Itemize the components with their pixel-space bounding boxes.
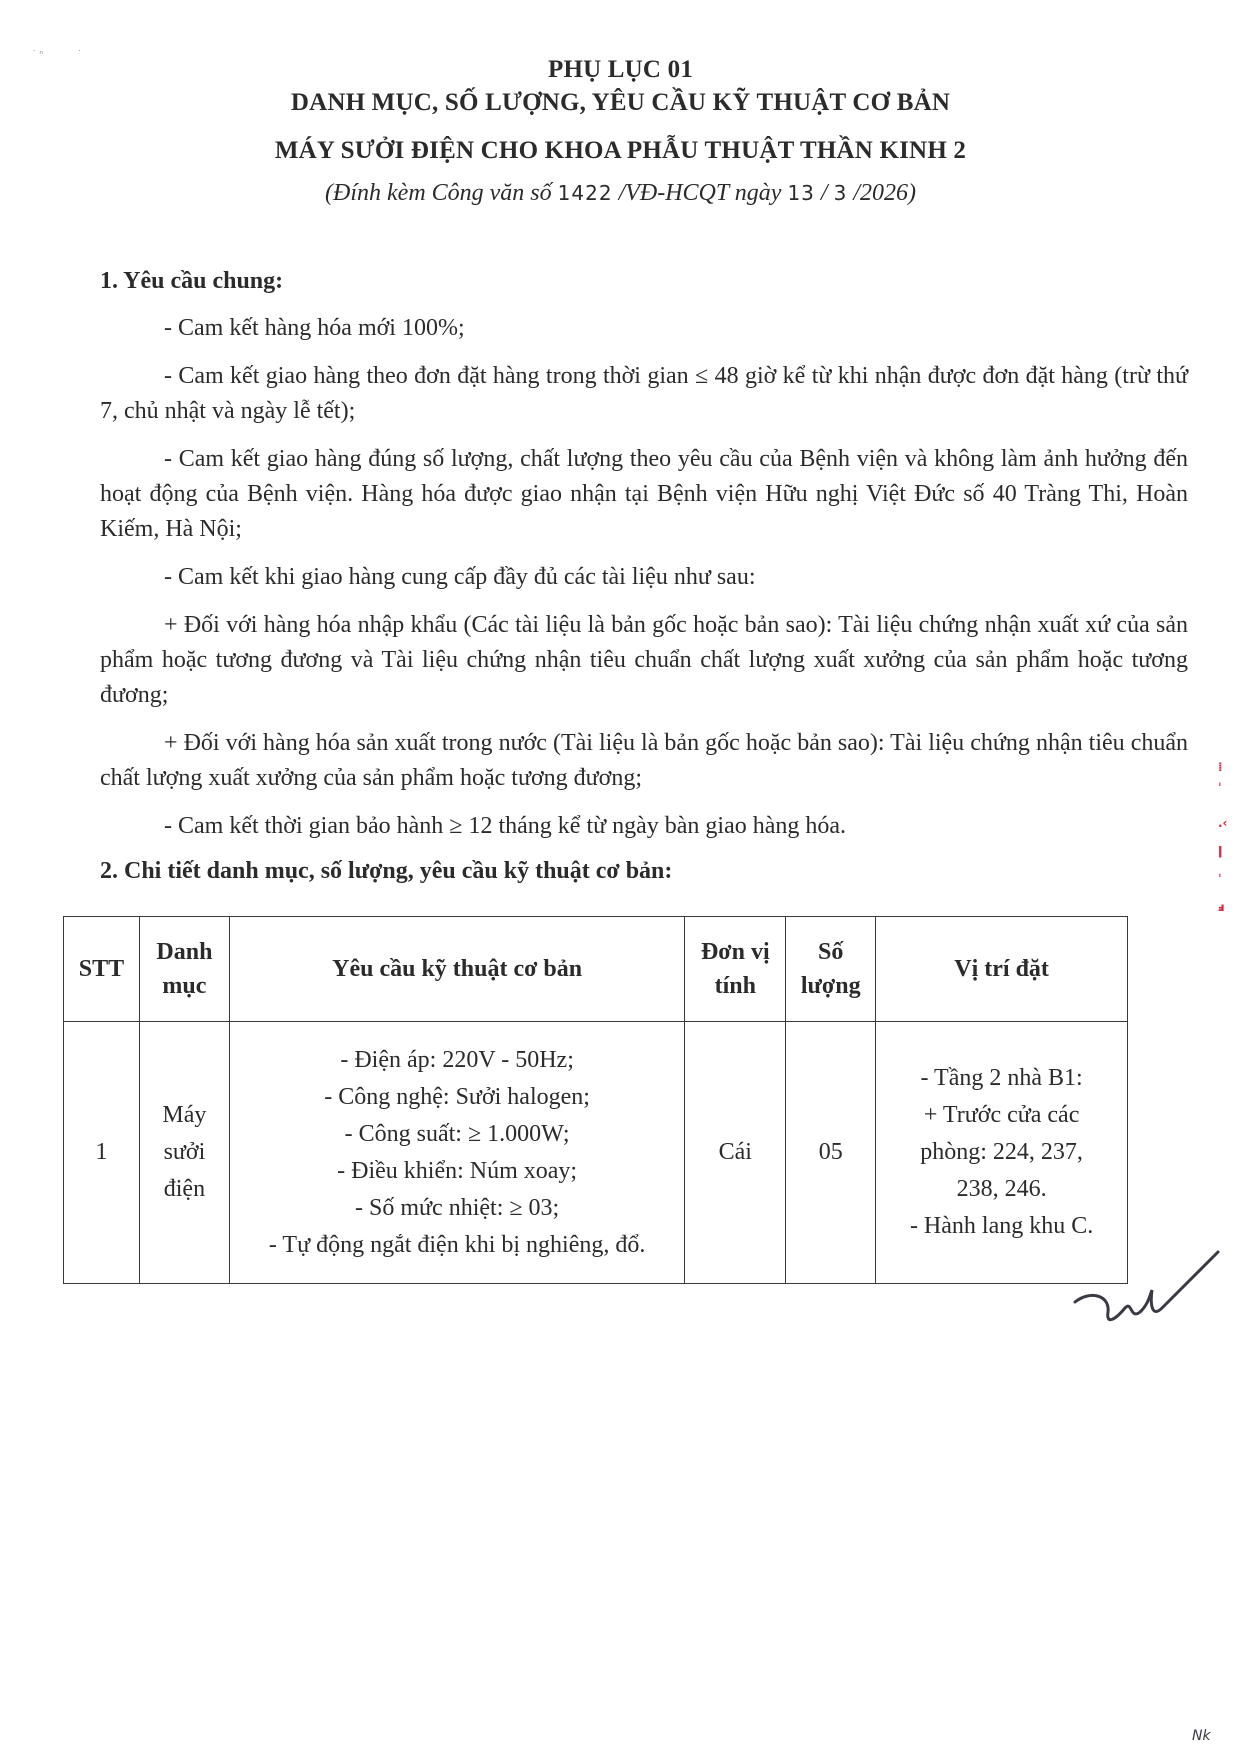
requirement-paragraph: - Cam kết thời gian bảo hành ≥ 12 tháng … [100, 809, 1188, 844]
location-line: - Tầng 2 nhà B1: [886, 1060, 1117, 1097]
requirement-paragraph: + Đối với hàng hóa sản xuất trong nước (… [100, 726, 1188, 796]
cell-unit: Cái [685, 1022, 786, 1284]
item-line: điện [141, 1171, 228, 1208]
requirement-paragraph: - Cam kết giao hàng theo đơn đặt hàng tr… [100, 359, 1188, 429]
col-header-location: Vị trí đặt [876, 917, 1128, 1022]
requirement-paragraph: - Cam kết giao hàng đúng số lượng, chất … [100, 442, 1188, 547]
requirement-paragraph: - Cam kết khi giao hàng cung cấp đầy đủ … [100, 560, 1188, 595]
location-line: + Trước cửa các [886, 1097, 1117, 1134]
cell-requirements: - Điện áp: 220V - 50Hz; - Công nghệ: Sưở… [229, 1022, 684, 1284]
section-2-heading: 2. Chi tiết danh mục, số lượng, yêu cầu … [100, 854, 1188, 889]
requirement-line: - Công suất: ≥ 1.000W; [238, 1116, 676, 1153]
table-header-row: STT Danhmục Yêu cầu kỹ thuật cơ bản Đơn … [64, 917, 1128, 1022]
location-line: 238, 246. [886, 1171, 1117, 1208]
footer-initials: Nk [1192, 1728, 1211, 1744]
table-row: 1 Máy sưởi điện - Điện áp: 220V - 50Hz; … [64, 1022, 1128, 1284]
handwritten-doc-number: 1422 [558, 181, 613, 205]
requirement-line: - Điều khiển: Núm xoay; [238, 1153, 676, 1190]
col-header-stt: STT [64, 917, 140, 1022]
col-header-unit-l1: Đơn vị [701, 939, 770, 965]
appendix-number: PHỤ LỤC 01 [0, 56, 1241, 84]
cell-stt: 1 [64, 1022, 140, 1284]
col-header-requirements: Yêu cầu kỹ thuật cơ bản [229, 917, 684, 1022]
handwritten-day: 13 [787, 181, 814, 205]
col-header-unit: Đơn vịtính [685, 917, 786, 1022]
attachment-suffix: /2026) [847, 180, 916, 206]
col-header-item: Danhmục [139, 917, 229, 1022]
item-line: sưởi [141, 1134, 228, 1171]
date-sep: / [815, 180, 834, 206]
location-line: - Hành lang khu C. [886, 1208, 1117, 1245]
section-1-heading: 1. Yêu cầu chung: [100, 264, 1188, 299]
location-line: phòng: 224, 237, [886, 1134, 1117, 1171]
requirement-line: - Công nghệ: Sưởi halogen; [238, 1079, 676, 1116]
requirement-line: - Tự động ngắt điện khi bị nghiêng, đổ. [238, 1227, 676, 1264]
col-header-item-l1: Danh [156, 939, 212, 965]
red-stamp-fragment: ⁞ˌ.‹ǀˈⅎ [1218, 760, 1228, 914]
cell-item: Máy sưởi điện [139, 1022, 229, 1284]
cell-quantity: 05 [786, 1022, 876, 1284]
section-general-requirements: 1. Yêu cầu chung: - Cam kết hàng hóa mới… [100, 264, 1188, 889]
col-header-qty-l1: Số [818, 939, 843, 965]
attachment-prefix: (Đính kèm Công văn số [325, 180, 558, 206]
title-line-1: DANH MỤC, SỐ LƯỢNG, YÊU CẦU KỸ THUẬT CƠ … [0, 89, 1241, 117]
col-header-quantity: Sốlượng [786, 917, 876, 1022]
requirement-line: - Điện áp: 220V - 50Hz; [238, 1042, 676, 1079]
item-line: Máy [141, 1097, 228, 1134]
col-header-qty-l2: lượng [801, 973, 861, 999]
col-header-item-l2: mục [162, 973, 206, 999]
attachment-note: (Đính kèm Công văn số 1422 /VĐ-HCQT ngày… [0, 180, 1241, 207]
signature-mark [1070, 1250, 1220, 1340]
spec-table: STT Danhmục Yêu cầu kỹ thuật cơ bản Đơn … [63, 916, 1128, 1284]
requirement-line: - Số mức nhiệt: ≥ 03; [238, 1190, 676, 1227]
cell-location: - Tầng 2 nhà B1: + Trước cửa các phòng: … [876, 1022, 1128, 1284]
col-header-unit-l2: tính [715, 973, 756, 999]
requirement-paragraph: - Cam kết hàng hóa mới 100%; [100, 311, 1188, 346]
requirement-paragraph: + Đối với hàng hóa nhập khẩu (Các tài li… [100, 608, 1188, 713]
attachment-middle: /VĐ-HCQT ngày [613, 180, 788, 206]
title-line-2: MÁY SƯỞI ĐIỆN CHO KHOA PHẪU THUẬT THẦN K… [0, 137, 1241, 165]
handwritten-month: 3 [834, 181, 848, 205]
